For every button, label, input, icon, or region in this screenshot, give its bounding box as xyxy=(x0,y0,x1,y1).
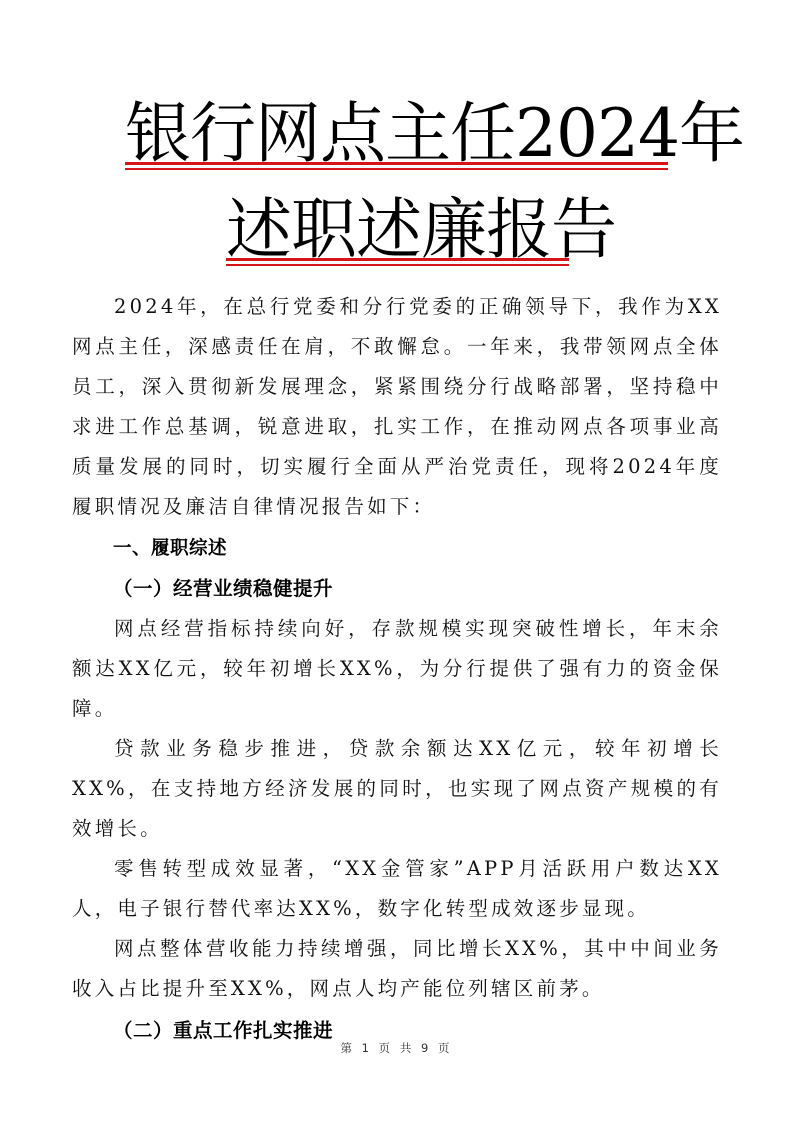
underline-thin xyxy=(226,264,569,266)
title-line-1: 银行网点主任2024年 xyxy=(125,94,668,174)
document-body: 2024年，在总行党委和分行党委的正确领导下，我作为XX网点主任，深感责任在肩，… xyxy=(72,287,722,1051)
title-line-2: 述职述廉报告 xyxy=(226,190,569,270)
page-footer: 第 1 页 共 9 页 xyxy=(0,1040,793,1056)
subsection-heading: （一）经营业绩稳健提升 xyxy=(72,569,722,609)
underline-thin xyxy=(125,168,668,170)
intro-paragraph: 2024年，在总行党委和分行党委的正确领导下，我作为XX网点主任，深感责任在肩，… xyxy=(72,287,722,527)
section-heading: 一、履职综述 xyxy=(72,529,722,569)
underline-thick xyxy=(226,258,569,261)
body-paragraph: 网点整体营收能力持续增强，同比增长XX%，其中中间业务收入占比提升至XX%，网点… xyxy=(72,929,722,1009)
underline-thick xyxy=(125,162,668,165)
body-paragraph: 贷款业务稳步推进，贷款余额达XX亿元，较年初增长XX%，在支持地方经济发展的同时… xyxy=(72,729,722,849)
document-page: 银行网点主任2024年 述职述廉报告 2024年，在总行党委和分行党委的正确领导… xyxy=(0,0,793,1122)
body-paragraph: 网点经营指标持续向好，存款规模实现突破性增长，年末余额达XX亿元，较年初增长XX… xyxy=(72,609,722,729)
body-paragraph: 零售转型成效显著，“XX金管家”APP月活跃用户数达XX人，电子银行替代率达XX… xyxy=(72,849,722,929)
